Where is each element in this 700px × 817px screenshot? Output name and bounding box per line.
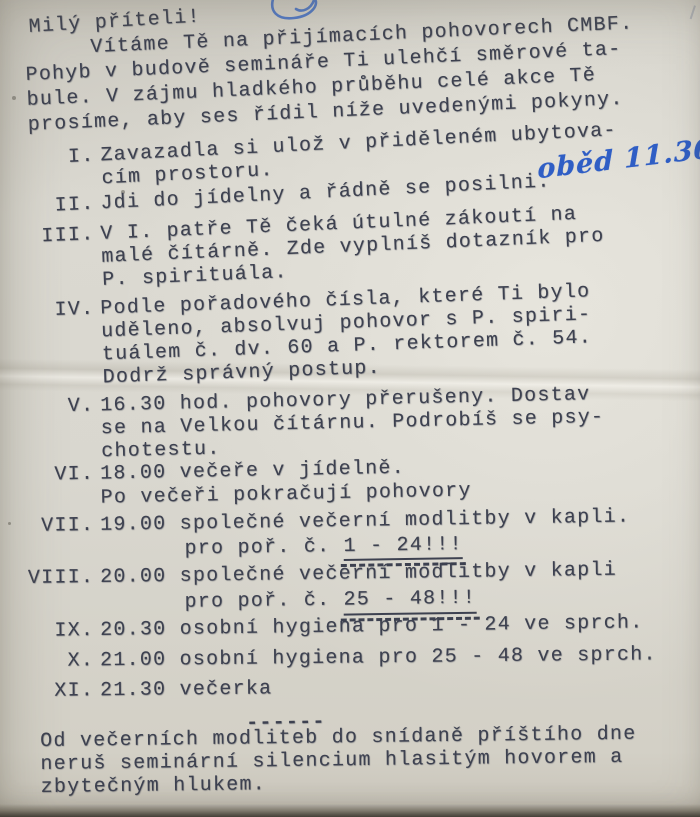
item-numeral: VI. [26,463,95,512]
underlined-number-range: 25 - 48!!! [343,586,476,616]
typewritten-letter-photo: Milý příteli! Vítáme Tě na přijímacích p… [0,0,700,817]
item-text: 18.00 večeře v jídelně.Po večeři pokraču… [100,455,472,510]
instruction-item-IV: IV.Podle pořadového čísla, které Ti bylo… [26,280,593,392]
item-numeral: X. [26,649,94,673]
item-text: 21.30 večerka [100,677,273,702]
item-text: 16.30 hod. pohovory přerušeny. Dostavse … [100,383,605,463]
item-text: V I. patře Tě čeká útulné zákoutí namalé… [100,202,606,292]
subline-prefix: pro poř. č. [184,535,343,560]
item-numeral: V. [26,394,96,465]
paper-speck [12,96,16,100]
item-numeral: IX. [26,619,94,643]
item-numeral: VII. [26,513,95,566]
item-text: Podle pořadového čísla, které Ti byloudě… [100,280,593,389]
instruction-item-III: III.V I. patře Tě čeká útulné zákoutí na… [26,202,606,295]
item-line: 21.00 osobní hygiena pro 25 - 48 ve sprc… [100,643,657,672]
instruction-item-X: X.21.00 osobní hygiena pro 25 - 48 ve sp… [26,643,657,673]
underlined-number-range: 1 - 24!!! [343,532,463,561]
instruction-item-XI: XI.21.30 večerka [26,677,273,703]
closing-paragraph: Od večerních modliteb do snídaně příštíh… [40,723,637,799]
item-numeral: III. [26,223,97,295]
item-numeral: I. [26,145,96,194]
item-numeral: II. [26,193,95,219]
item-numeral: VIII. [26,565,95,620]
item-text: 20.00 společné večerní modlitby v kaplip… [100,558,618,619]
instruction-item-VII: VII.19.00 společné večerní modlitby v ka… [26,505,631,566]
instruction-item-V: V.16.30 hod. pohovory přerušeny. Dostavs… [26,383,605,465]
item-numeral: IV. [26,298,97,392]
corner-pen-mark-icon [682,3,696,19]
item-numeral: XI. [26,679,94,703]
photo-bottom-edge-shadow [0,804,700,817]
subline-prefix: pro poř. č. [184,589,343,614]
paper-speck [8,522,11,525]
item-line: 21.30 večerka [100,677,273,702]
instruction-item-VI: VI.18.00 večeře v jídelně.Po večeři pokr… [26,455,472,512]
pen-squiggle-icon [268,0,332,22]
item-text: 19.00 společné večerní modlitby v kapli.… [100,505,631,565]
instruction-item-VIII: VIII.20.00 společné večerní modlitby v k… [26,558,618,620]
item-text: 21.00 osobní hygiena pro 25 - 48 ve sprc… [100,643,657,672]
